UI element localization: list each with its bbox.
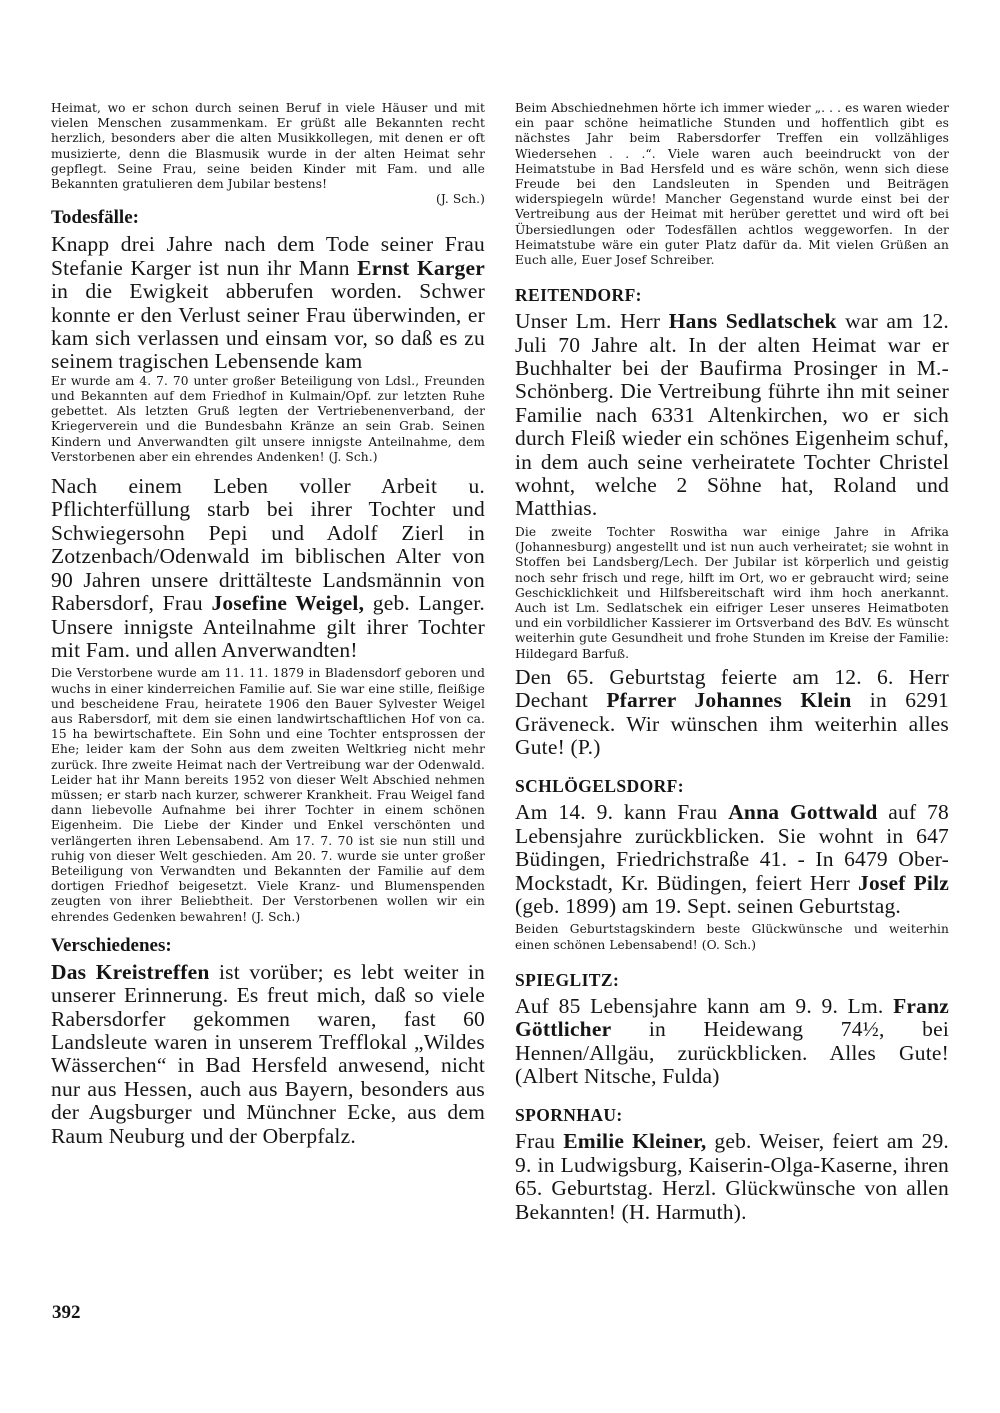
person-name: Ernst Karger bbox=[357, 256, 485, 280]
person-name: Hans Sedlatschek bbox=[669, 309, 837, 333]
section-heading-verschiedenes: Verschiedenes: bbox=[51, 935, 485, 957]
section-heading-reitendorf: REITENDORF: bbox=[515, 284, 949, 306]
person-name: Pfarrer Johannes Klein bbox=[606, 688, 851, 712]
newsletter-page: Heimat, wo er schon durch seinen Beruf i… bbox=[0, 0, 1000, 1413]
person-name: Josef Pilz bbox=[858, 871, 949, 895]
sedlatschek-detail: Die zweite Tochter Roswitha war einige J… bbox=[515, 525, 949, 662]
section-heading-spieglitz: SPIEGLITZ: bbox=[515, 969, 949, 991]
lead-text: in die Ewigkeit abberufen worden. Schwer… bbox=[51, 279, 485, 373]
kleiner-birthday: Frau Emilie Kleiner, geb. Weiser, feiert… bbox=[515, 1130, 949, 1224]
obituary-weigel-detail: Die Verstorbene wurde am 11. 11. 1879 in… bbox=[51, 666, 485, 924]
klein-birthday: Den 65. Geburtstag feierte am 12. 6. Her… bbox=[515, 666, 949, 760]
lead-text: (geb. 1899) am 19. Sept. seinen Geburtst… bbox=[515, 894, 901, 918]
section-heading-schloegelsdorf: SCHLÖGELSDORF: bbox=[515, 775, 949, 797]
lead-text: Am 14. 9. kann Frau bbox=[515, 800, 717, 824]
report-text: ist vorüber; es lebt weiter in unserer E… bbox=[51, 960, 485, 1148]
lead-text: Frau bbox=[515, 1129, 555, 1153]
obituary-weigel-lead: Nach einem Leben voller Arbeit u. Pflich… bbox=[51, 475, 485, 662]
gottwald-pilz-birthdays: Am 14. 9. kann Frau Anna Gottwald auf 78… bbox=[515, 801, 949, 918]
bold-lead: Das Kreistreffen bbox=[51, 960, 210, 984]
obituary-karger-lead: Knapp drei Jahre nach dem Tode seiner Fr… bbox=[51, 233, 485, 373]
page-number: 392 bbox=[52, 1302, 81, 1324]
section-heading-spornhau: SPORNHAU: bbox=[515, 1104, 949, 1126]
lead-text: war am 12. Juli 70 Jahre alt. In der alt… bbox=[515, 309, 949, 520]
section-heading-todesfaelle: Todesfälle: bbox=[51, 207, 485, 229]
birthday-continuation: Heimat, wo er schon durch seinen Beruf i… bbox=[51, 101, 485, 207]
kreistreffen-report: Das Kreistreffen ist vorüber; es lebt we… bbox=[51, 961, 485, 1148]
person-name: Josefine Weigel, bbox=[211, 591, 364, 615]
signature: (J. Sch.) bbox=[51, 192, 485, 207]
lead-text: Unser Lm. Herr bbox=[515, 309, 660, 333]
left-column: Heimat, wo er schon durch seinen Beruf i… bbox=[51, 101, 485, 1148]
goettlicher-birthday: Auf 85 Lebensjahre kann am 9. 9. Lm. Fra… bbox=[515, 995, 949, 1089]
person-name: Anna Gottwald bbox=[728, 800, 877, 824]
right-column: Beim Abschiednehmen hörte ich immer wied… bbox=[515, 101, 949, 1224]
obituary-karger-detail: Er wurde am 4. 7. 70 unter großer Beteil… bbox=[51, 374, 485, 465]
schloegelsdorf-wishes: Beiden Geburtstagskindern beste Glückwün… bbox=[515, 922, 949, 952]
sedlatschek-lead: Unser Lm. Herr Hans Sedlatschek war am 1… bbox=[515, 310, 949, 521]
person-name: Emilie Kleiner, bbox=[563, 1129, 706, 1153]
lead-text: Auf 85 Lebensjahre kann am 9. 9. Lm. bbox=[515, 994, 883, 1018]
kreistreffen-continuation: Beim Abschiednehmen hörte ich immer wied… bbox=[515, 101, 949, 268]
continuation-text: Heimat, wo er schon durch seinen Beruf i… bbox=[51, 101, 485, 191]
